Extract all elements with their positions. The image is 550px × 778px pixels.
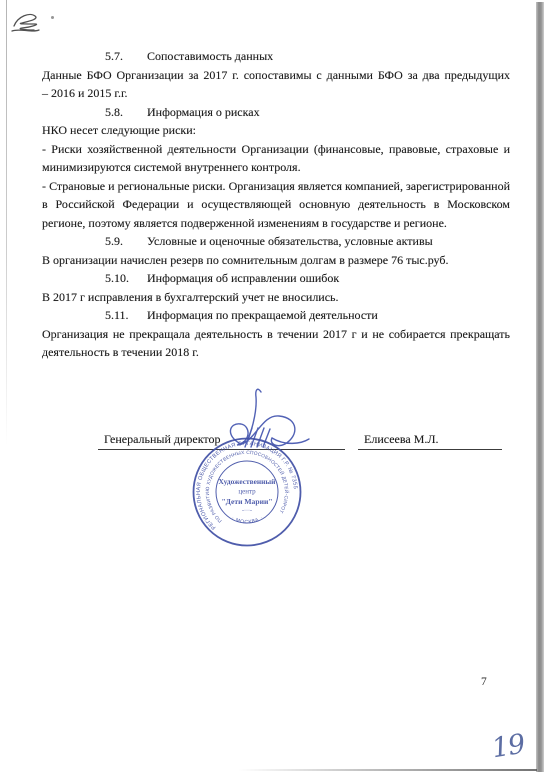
section-title: Сопоставимость данных — [147, 49, 273, 63]
pen-scribble-mark — [4, 4, 52, 44]
document-line: - Страновые и региональные риски. Органи… — [42, 177, 510, 196]
document-line: Данные БФО Организации за 2017 г. сопост… — [42, 66, 510, 85]
section-number: 5.7. — [105, 47, 147, 66]
signature-name: Елисеева М.Л. — [358, 432, 502, 450]
scan-edge-band — [536, 2, 544, 772]
page-fold-line — [6, 0, 7, 446]
section-title: Условные и оценочные обязательства, усло… — [147, 234, 433, 248]
section-title: Информация об исправлении ошибок — [147, 271, 339, 285]
scan-edge-shadow — [238, 769, 537, 771]
section-heading: 5.9.Условные и оценочные обязательства, … — [42, 232, 510, 251]
section-heading: 5.7.Сопоставимость данных — [42, 47, 510, 66]
stamp-center-decoration: -···- — [242, 508, 252, 514]
stamp-city-text: · МОСКВА · — [230, 515, 264, 526]
section-number: 5.8. — [105, 103, 147, 122]
document-line: – 2016 и 2015 г.г. — [42, 84, 510, 103]
document-line: в Российской Федерации и осуществляющей … — [42, 195, 510, 214]
handwritten-page-mark: 19 — [490, 729, 527, 765]
section-number: 5.11. — [105, 306, 147, 325]
section-heading: 5.11.Информация по прекращаемой деятельн… — [42, 306, 510, 325]
document-line: В организации начислен резерв по сомните… — [42, 251, 510, 270]
section-heading: 5.8.Информация о рисках — [42, 103, 510, 122]
document-line: минимизируются системой внутреннего конт… — [42, 158, 510, 177]
document-line: НКО несет следующие риски: — [42, 121, 510, 140]
document-body: 5.7.Сопоставимость данных Данные БФО Орг… — [42, 47, 510, 362]
stamp-center-line3: "Дети Марии" — [221, 497, 272, 506]
svg-text:· МОСКВА ·: · МОСКВА · — [230, 515, 264, 526]
scanned-document-page: { "document": { "lines": [ {"kind":"head… — [0, 0, 550, 778]
section-title: Информация по прекращаемой деятельности — [147, 308, 378, 322]
page-number: 7 — [481, 676, 487, 688]
section-heading: 5.10.Информация об исправлении ошибок — [42, 269, 510, 288]
stamp-center-line1: Художественный — [219, 477, 277, 486]
section-number: 5.9. — [105, 232, 147, 251]
document-line: В 2017 г исправления в бухгалтерский уче… — [42, 288, 510, 307]
section-title: Информация о рисках — [147, 105, 260, 119]
stamp-center-line2: центр — [238, 488, 256, 496]
document-line: деятельность в течении 2018 г. — [42, 343, 510, 362]
section-number: 5.10. — [105, 269, 147, 288]
document-line: регионе, поэтому является подверженной и… — [42, 214, 510, 233]
document-line: Организация не прекращала деятельность в… — [42, 325, 510, 344]
organization-stamp: РЕГИОНАЛЬНАЯ ОБЩЕСТВЕННАЯ ОРГАНИЗАЦИЯ Г.… — [189, 434, 305, 550]
document-line: - Риски хозяйственной деятельности Орган… — [42, 140, 510, 159]
